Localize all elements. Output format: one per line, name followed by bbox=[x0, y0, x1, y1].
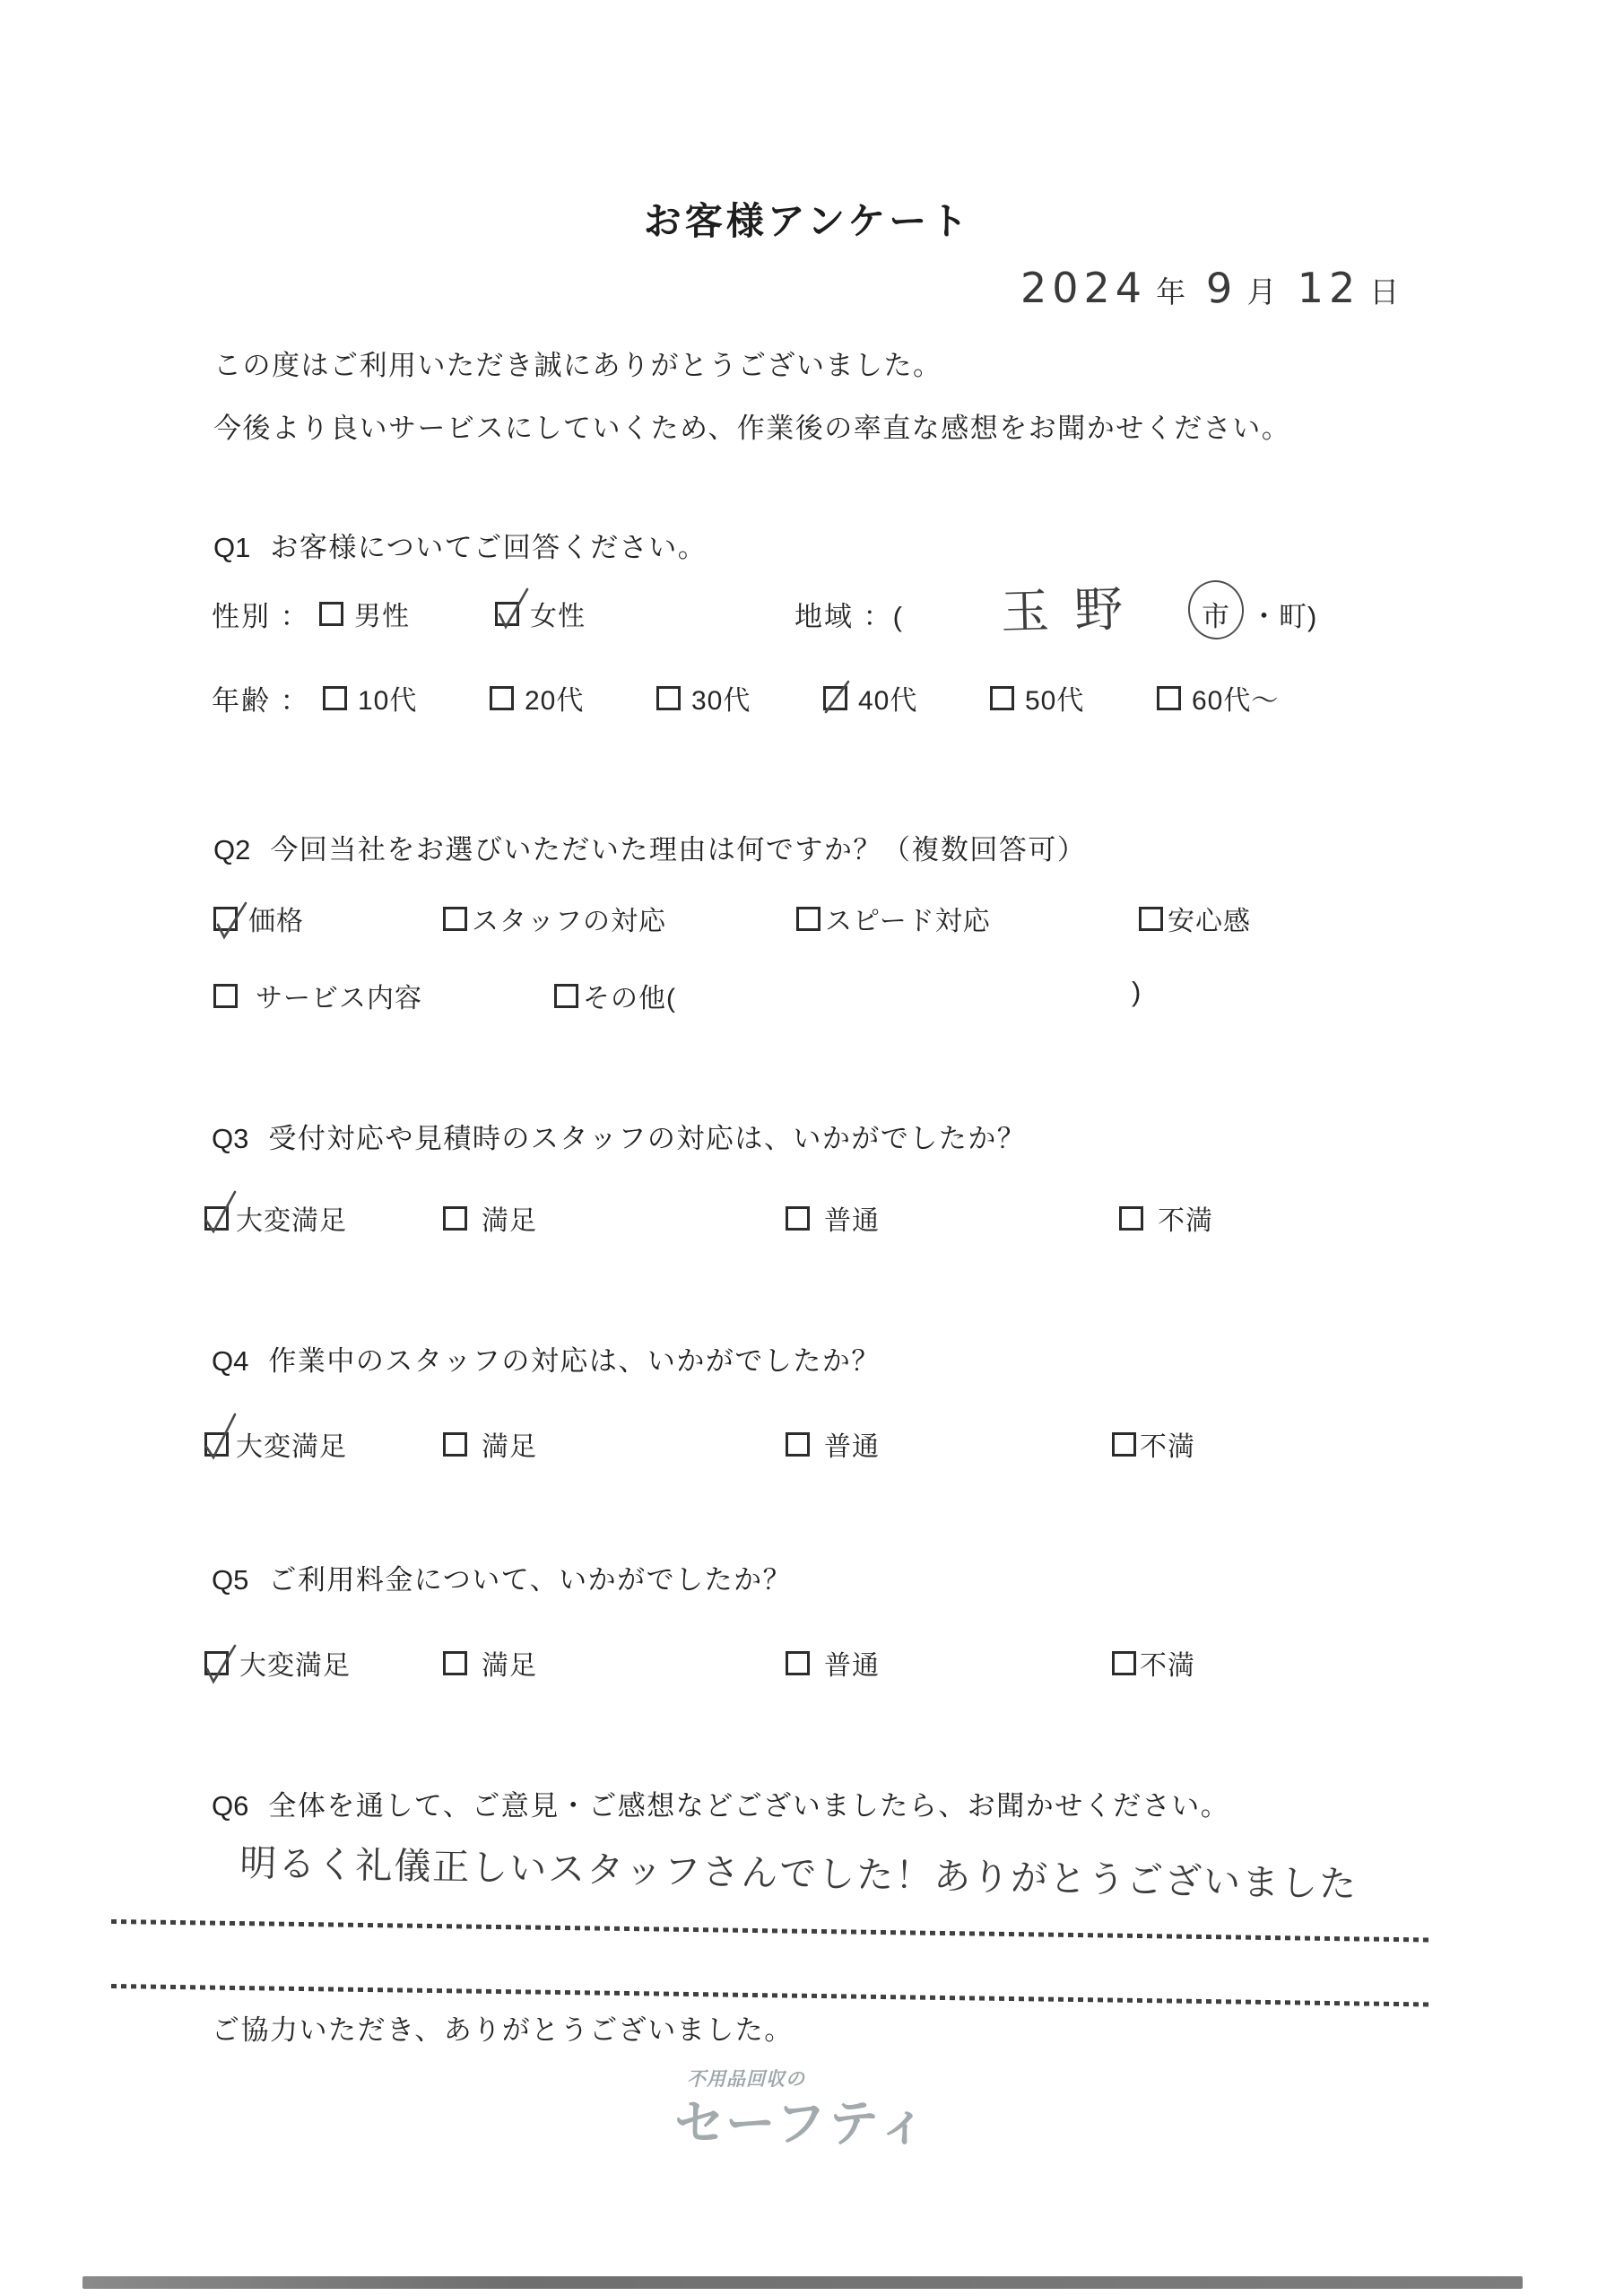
checkbox-label: 不満 bbox=[1140, 1424, 1195, 1464]
checkbox-label: スピード対応 bbox=[825, 899, 991, 938]
checkbox-box bbox=[443, 1432, 467, 1457]
checkbox[interactable] bbox=[1157, 686, 1181, 710]
checkbox-label: その他( bbox=[583, 976, 676, 1015]
q3-number: Q3 bbox=[212, 1123, 248, 1155]
checkbox-label: 普通 bbox=[824, 1198, 880, 1238]
option-q4-dissatisfied[interactable]: 不満 bbox=[1112, 1424, 1195, 1464]
checkbox[interactable] bbox=[786, 1206, 810, 1231]
checkbox-box bbox=[786, 1206, 810, 1231]
q1-heading: Q1お客様についてご回答ください。 bbox=[213, 525, 707, 565]
intro-line-2: 今後より良いサービスにしていくため、作業後の率直な感想をお聞かせください。 bbox=[213, 405, 1290, 446]
checkbox-box bbox=[1119, 1206, 1143, 1231]
checkbox[interactable] bbox=[786, 1651, 810, 1675]
checkbox-box bbox=[490, 686, 514, 710]
checkbox-box bbox=[786, 1432, 810, 1457]
option-price[interactable]: 価格 bbox=[213, 899, 304, 938]
checkbox-label: 50代 bbox=[1025, 678, 1084, 717]
gender-label: 性別 ： bbox=[212, 594, 310, 634]
checkbox[interactable] bbox=[656, 686, 681, 710]
answer-line-1[interactable] bbox=[111, 1919, 1429, 1943]
checkbox-label: 価格 bbox=[248, 899, 304, 938]
checkbox[interactable] bbox=[319, 602, 343, 626]
handwritten-date: 2024年 9月 12日 bbox=[1012, 264, 1401, 312]
checkbox-box bbox=[204, 1651, 229, 1675]
checkbox-label: 女性 bbox=[530, 594, 586, 633]
option-q4-satisfied[interactable]: 満足 bbox=[443, 1424, 537, 1464]
checkbox[interactable] bbox=[443, 907, 467, 931]
date-day-unit: 日 bbox=[1369, 275, 1401, 309]
checkbox-label: 普通 bbox=[824, 1424, 880, 1464]
checkbox-label: 大変満足 bbox=[236, 1424, 347, 1464]
option-q5-satisfied[interactable]: 満足 bbox=[443, 1643, 537, 1683]
checkbox-label: 40代 bbox=[858, 678, 917, 717]
handwritten-region-value: 玉野 bbox=[1000, 570, 1149, 643]
checkbox[interactable] bbox=[990, 686, 1014, 710]
option-q3-dissatisfied[interactable]: 不満 bbox=[1119, 1198, 1213, 1238]
option-q3-very-satisfied[interactable]: 大変満足 bbox=[204, 1198, 347, 1238]
q2-number: Q2 bbox=[213, 834, 250, 866]
checkbox-box bbox=[554, 984, 578, 1008]
checkbox[interactable] bbox=[213, 907, 238, 931]
checkbox-label: 不満 bbox=[1140, 1643, 1195, 1683]
checkbox[interactable] bbox=[443, 1206, 467, 1231]
checkbox-label: 満足 bbox=[482, 1643, 537, 1683]
q5-options-row: 大変満足 満足 普通 不満 bbox=[0, 1636, 1615, 1690]
option-age-30s[interactable]: 30代 bbox=[656, 678, 751, 717]
option-age-40s[interactable]: 40代 bbox=[823, 678, 917, 717]
option-q3-neutral[interactable]: 普通 bbox=[786, 1198, 880, 1238]
checkbox[interactable] bbox=[213, 984, 238, 1008]
option-other[interactable]: その他( bbox=[554, 976, 676, 1015]
date-year-unit: 年 bbox=[1156, 275, 1187, 309]
q4-question: 作業中のスタッフの対応は、いかがでしたか？ bbox=[268, 1345, 881, 1377]
option-service-content[interactable]: サービス内容 bbox=[213, 976, 422, 1015]
q1-question: お客様についてご回答ください。 bbox=[270, 532, 707, 563]
checkbox-label: 30代 bbox=[691, 678, 751, 717]
closing-text: ご協力いただき、ありがとうございました。 bbox=[212, 2007, 794, 2048]
option-age-50s[interactable]: 50代 bbox=[990, 678, 1084, 717]
region-rest: ・町) bbox=[1250, 594, 1317, 634]
option-age-10s[interactable]: 10代 bbox=[323, 678, 417, 717]
q5-number: Q5 bbox=[212, 1564, 248, 1596]
q2-options-row-2: サービス内容 その他( ) bbox=[0, 969, 1615, 1022]
checkbox-label: 60代～ bbox=[1192, 678, 1279, 717]
checkbox-box bbox=[204, 1206, 229, 1231]
q6-number: Q6 bbox=[212, 1790, 248, 1822]
region-city-circled: 市 bbox=[1202, 594, 1230, 634]
answer-line-2[interactable] bbox=[111, 1984, 1429, 2007]
option-q5-dissatisfied[interactable]: 不満 bbox=[1112, 1643, 1195, 1683]
checkbox[interactable] bbox=[796, 907, 821, 931]
region-label: 地域 ：( bbox=[794, 594, 904, 634]
handwritten-circle bbox=[1185, 577, 1248, 643]
other-close-paren: ) bbox=[1132, 976, 1142, 1008]
q4-heading: Q4作業中のスタッフの対応は、いかがでしたか？ bbox=[212, 1338, 881, 1378]
checkbox-box bbox=[786, 1651, 810, 1675]
option-q5-very-satisfied[interactable]: 大変満足 bbox=[204, 1643, 351, 1683]
handwritten-comment: 明るく礼儀正しいスタッフさんでした！ありがとうございました bbox=[239, 1833, 1359, 1908]
checkbox[interactable] bbox=[204, 1432, 229, 1457]
checkbox[interactable] bbox=[204, 1206, 229, 1231]
checkbox-box bbox=[1112, 1432, 1136, 1457]
option-q4-very-satisfied[interactable]: 大変満足 bbox=[204, 1424, 347, 1464]
checkbox-label: 普通 bbox=[824, 1643, 880, 1683]
q3-heading: Q3受付対応や見積時のスタッフの対応は、いかがでしたか？ bbox=[212, 1116, 1026, 1156]
date-day: 12 bbox=[1298, 264, 1361, 312]
date-year: 2024 bbox=[1020, 264, 1147, 312]
checkbox[interactable] bbox=[1119, 1206, 1143, 1231]
survey-scan-page: お客様アンケート 2024年 9月 12日 この度はご利用いただき誠にありがとう… bbox=[0, 0, 1615, 2296]
q5-heading: Q5ご利用料金について、いかがでしたか？ bbox=[212, 1557, 792, 1597]
checkbox-box bbox=[213, 907, 238, 931]
checkbox-label: 20代 bbox=[525, 678, 584, 717]
option-q4-neutral[interactable]: 普通 bbox=[786, 1424, 880, 1464]
checkbox-label: 男性 bbox=[354, 594, 410, 633]
q3-question: 受付対応や見積時のスタッフの対応は、いかがでしたか？ bbox=[268, 1123, 1026, 1154]
option-speed-response[interactable]: スピード対応 bbox=[796, 899, 991, 938]
age-label: 年齢 ： bbox=[212, 678, 310, 718]
checkbox-box bbox=[1139, 907, 1163, 931]
checkbox[interactable] bbox=[490, 686, 514, 710]
checkbox[interactable] bbox=[823, 686, 847, 710]
q2-options-row-1: 価格 スタッフの対応 スピード対応 安心感 bbox=[0, 891, 1615, 945]
checkbox-box bbox=[443, 1651, 467, 1675]
q4-options-row: 大変満足 満足 普通 不満 bbox=[0, 1417, 1615, 1471]
checkbox-label: 満足 bbox=[482, 1198, 537, 1238]
option-age-20s[interactable]: 20代 bbox=[490, 678, 584, 717]
checkbox-label: 不満 bbox=[1158, 1198, 1213, 1238]
checkbox[interactable] bbox=[1112, 1651, 1136, 1675]
checkbox[interactable] bbox=[495, 602, 519, 626]
option-staff-response[interactable]: スタッフの対応 bbox=[443, 899, 666, 938]
checkbox-box bbox=[823, 686, 847, 710]
checkbox[interactable] bbox=[554, 984, 578, 1008]
checkbox-box bbox=[1157, 686, 1181, 710]
q4-number: Q4 bbox=[212, 1345, 248, 1378]
q1-age-row: 年齢 ： 10代 20代 30代 40代 50代 60代～ bbox=[0, 671, 1615, 725]
intro-line-1: この度はご利用いただき誠にありがとうございました。 bbox=[213, 343, 942, 383]
checkbox[interactable] bbox=[1112, 1432, 1136, 1457]
option-gender-male[interactable]: 男性 bbox=[319, 594, 410, 633]
company-logo: セーフティ bbox=[674, 2084, 930, 2156]
q2-question: 今回当社をお選びいただいた理由は何ですか？（複数回答可） bbox=[270, 834, 1086, 865]
checkbox-box bbox=[323, 686, 347, 710]
page-title: お客様アンケート bbox=[644, 192, 971, 246]
checkbox-box bbox=[656, 686, 681, 710]
checkbox-box bbox=[319, 602, 343, 626]
checkbox-box bbox=[1112, 1651, 1136, 1675]
checkbox[interactable] bbox=[323, 686, 347, 710]
q6-question: 全体を通して、ご意見・ご感想などございましたら、お聞かせください。 bbox=[268, 1790, 1229, 1822]
checkbox-box bbox=[990, 686, 1014, 710]
option-q3-satisfied[interactable]: 満足 bbox=[443, 1198, 537, 1238]
checkbox-label: サービス内容 bbox=[256, 976, 422, 1015]
checkbox[interactable] bbox=[443, 1432, 467, 1457]
checkbox[interactable] bbox=[443, 1651, 467, 1675]
option-q5-neutral[interactable]: 普通 bbox=[786, 1643, 880, 1683]
checkbox-box bbox=[796, 907, 821, 931]
checkbox[interactable] bbox=[786, 1432, 810, 1457]
checkbox-box bbox=[443, 1206, 467, 1231]
q6-heading: Q6全体を通して、ご意見・ご感想などございましたら、お聞かせください。 bbox=[212, 1783, 1229, 1823]
q2-heading: Q2今回当社をお選びいただいた理由は何ですか？（複数回答可） bbox=[213, 827, 1086, 867]
option-reassurance[interactable]: 安心感 bbox=[1139, 899, 1251, 938]
option-age-60s[interactable]: 60代～ bbox=[1157, 678, 1279, 717]
checkbox-box bbox=[204, 1432, 229, 1457]
q3-options-row: 大変満足 満足 普通 不満 bbox=[0, 1191, 1615, 1245]
q1-gender-region-row: 性別 ： 男性 女性 地域 ：( 玉野 市 ・町) bbox=[0, 587, 1615, 640]
checkbox[interactable] bbox=[204, 1651, 229, 1675]
option-gender-female[interactable]: 女性 bbox=[495, 594, 586, 633]
date-month: 9 bbox=[1205, 263, 1238, 312]
scan-edge-artifact bbox=[82, 2276, 1523, 2289]
checkbox-label: 安心感 bbox=[1168, 899, 1251, 938]
checkbox[interactable] bbox=[1139, 907, 1163, 931]
date-month-unit: 月 bbox=[1247, 275, 1279, 309]
checkbox-label: 満足 bbox=[482, 1424, 537, 1464]
q5-question: ご利用料金について、いかがでしたか？ bbox=[268, 1564, 792, 1596]
checkbox-label: 大変満足 bbox=[236, 1198, 347, 1238]
checkbox-label: スタッフの対応 bbox=[472, 899, 666, 938]
q1-number: Q1 bbox=[213, 532, 250, 564]
checkbox-label: 10代 bbox=[358, 678, 417, 717]
checkbox-box bbox=[213, 984, 238, 1008]
checkbox-box bbox=[495, 602, 519, 626]
checkbox-label: 大変満足 bbox=[239, 1643, 351, 1683]
checkbox-box bbox=[443, 907, 467, 931]
